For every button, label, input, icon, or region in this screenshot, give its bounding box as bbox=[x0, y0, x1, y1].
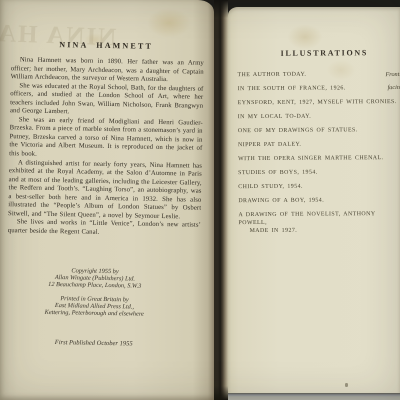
illustration-entry-label: A DRAWING OF THE NOVELIST, ANTHONY POWEL… bbox=[238, 211, 375, 226]
illustration-entry: ONE OF MY DRAWINGS OF STATUES. bbox=[238, 126, 400, 135]
biography-paragraph: A distinguished artist for nearly forty … bbox=[8, 159, 202, 222]
biography-paragraph: She lives and works in “Little Venice”, … bbox=[8, 219, 201, 240]
biography-paragraph: She was an early friend of Modigliani an… bbox=[9, 116, 203, 162]
illustration-entry: A DRAWING OF THE NOVELIST, ANTHONY POWEL… bbox=[238, 210, 400, 235]
left-page: NINA HAMNETT NINA HAMNETT Nina Hamnett w… bbox=[0, 0, 214, 400]
page-edges bbox=[228, 393, 400, 400]
frontispiece-note: Frontispiece bbox=[385, 71, 400, 78]
illustration-entry-label2: MADE IN 1927. bbox=[250, 226, 400, 235]
illustration-entry-label: THE AUTHOR TODAY. bbox=[237, 72, 306, 78]
illustration-entry: NIPPER PAT DALEY. bbox=[238, 140, 400, 149]
illustration-entry: EYNSFORD, KENT, 1927, MYSELF WITH CRONIE… bbox=[238, 98, 400, 107]
illustration-entry: WITH THE OPERA SINGER MARTHE CHENAL. bbox=[238, 154, 400, 163]
illustrations-list: THE AUTHOR TODAY. IN THE SOUTH OF FRANCE… bbox=[237, 70, 400, 241]
illustration-entry: IN MY LOCAL TO-DAY. bbox=[238, 112, 400, 121]
right-page-content: ILLUSTRATIONS THE AUTHOR TODAY. IN THE S… bbox=[228, 7, 400, 394]
right-page: ILLUSTRATIONS THE AUTHOR TODAY. IN THE S… bbox=[228, 7, 400, 393]
page-title-right: ILLUSTRATIONS bbox=[248, 48, 400, 58]
illustration-entry-label: EYNSFORD, KENT, 1927, MYSELF WITH CRONIE… bbox=[238, 99, 397, 106]
printer-lines: Printed in Great Britain by East Midland… bbox=[0, 294, 195, 319]
biography-paragraph: Nina Hamnett was born in 1890. Her fathe… bbox=[11, 56, 204, 85]
biography-text: Nina Hamnett was born in 1890. Her fathe… bbox=[8, 56, 204, 239]
illustration-entry-label: STUDIES OF BOYS, 1954. bbox=[238, 170, 318, 177]
illustration-entry: IN THE SOUTH OF FRANCE, 1926. bbox=[238, 84, 400, 93]
biography-paragraph: She was educated at the Royal School, Ba… bbox=[10, 82, 204, 120]
illustration-entry-label: IN THE SOUTH OF FRANCE, 1926. bbox=[238, 85, 346, 92]
first-published-line: First Published October 1955 bbox=[0, 338, 194, 349]
book-gutter bbox=[214, 0, 228, 400]
page-title-left: NINA HAMNETT bbox=[0, 39, 213, 52]
illustration-entry-label: IN MY LOCAL TO-DAY. bbox=[238, 114, 311, 121]
illustration-entry: CHILD STUDY, 1954. bbox=[238, 182, 400, 191]
facing-page-note: facing page bbox=[388, 84, 400, 91]
illustration-entry-label: CHILD STUDY, 1954. bbox=[238, 184, 303, 190]
illustration-entry: DRAWING OF A BOY, 1954. bbox=[238, 196, 400, 205]
copyright-lines: Copyright 1955 by Allan Wingate (Publish… bbox=[0, 266, 195, 291]
book-spread: NINA HAMNETT NINA HAMNETT Nina Hamnett w… bbox=[0, 0, 400, 400]
illustration-entry-label: NIPPER PAT DALEY. bbox=[238, 142, 301, 148]
imprint-block: Copyright 1955 by Allan Wingate (Publish… bbox=[0, 266, 195, 319]
illustration-entry-label: WITH THE OPERA SINGER MARTHE CHENAL. bbox=[238, 155, 383, 162]
illustration-entry: THE AUTHOR TODAY. bbox=[237, 70, 400, 79]
illustration-entry-label: DRAWING OF A BOY, 1954. bbox=[238, 198, 324, 205]
left-page-content: NINA HAMNETT Nina Hamnett was born in 18… bbox=[0, 0, 214, 400]
illustration-entry-label: ONE OF MY DRAWINGS OF STATUES. bbox=[238, 127, 358, 134]
illustration-entry: STUDIES OF BOYS, 1954. bbox=[238, 168, 400, 177]
